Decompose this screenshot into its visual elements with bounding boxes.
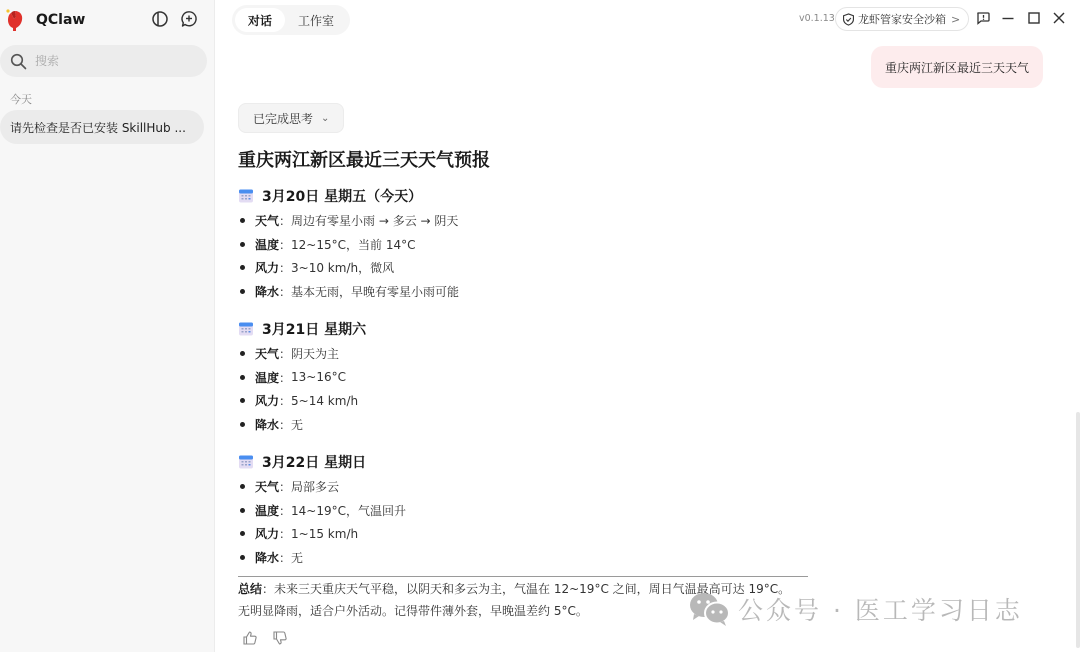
watermark-text: 公众号 · 医工学习日志	[738, 591, 1023, 627]
list-item: 降水：基本无雨，早晚有零星小雨可能	[238, 280, 459, 304]
list-item: 天气：局部多云	[238, 475, 406, 499]
list-item: 风力：3~10 km/h，微风	[238, 256, 459, 280]
list-item: 温度：14~19°C，气温回升	[238, 499, 406, 523]
qclaw-logo-icon	[4, 8, 26, 32]
feedback-actions	[242, 630, 288, 646]
day-heading: 3月22日 星期日	[238, 451, 406, 473]
list-item: 降水：无	[238, 413, 366, 437]
day-block: 3月22日 星期日 天气：局部多云 温度：14~19°C，气温回升 风力：1~1…	[238, 451, 406, 569]
calendar-icon	[238, 321, 254, 337]
list-item: 温度：12~15°C，当前 14°C	[238, 233, 459, 257]
list-item: 风力：1~15 km/h	[238, 522, 406, 546]
new-chat-icon[interactable]	[180, 10, 198, 28]
list-item: 温度：13~16°C	[238, 366, 366, 390]
toggle-sidebar-icon[interactable]	[151, 10, 169, 28]
sidebar: QClaw 今天 请先检查是否已安装 SkillHub ...	[0, 0, 215, 652]
day-heading-text: 3月20日 星期五（今天）	[262, 186, 422, 206]
summary-label: 总结	[238, 582, 262, 596]
day-heading: 3月20日 星期五（今天）	[238, 185, 459, 207]
list-item: 天气：周边有零星小雨 → 多云 → 阴天	[238, 209, 459, 233]
day-block: 3月20日 星期五（今天） 天气：周边有零星小雨 → 多云 → 阴天 温度：12…	[238, 185, 459, 303]
day-heading-text: 3月21日 星期六	[262, 319, 366, 339]
day-detail-list: 天气：周边有零星小雨 → 多云 → 阴天 温度：12~15°C，当前 14°C …	[238, 209, 459, 303]
watermark: 公众号 · 医工学习日志	[688, 590, 1023, 628]
thumbs-up-icon[interactable]	[242, 630, 258, 646]
day-heading-text: 3月22日 星期日	[262, 452, 366, 472]
search-box[interactable]	[0, 45, 207, 77]
day-detail-list: 天气：阴天为主 温度：13~16°C 风力：5~14 km/h 降水：无	[238, 342, 366, 436]
search-input[interactable]	[35, 54, 185, 68]
calendar-icon	[238, 188, 254, 204]
thumbs-down-icon[interactable]	[272, 630, 288, 646]
mode-tabs: 对话 工作室	[232, 5, 350, 35]
tab-chat[interactable]: 对话	[235, 8, 285, 32]
sandbox-label: 龙虾管家安全沙箱	[858, 11, 946, 27]
list-item: 风力：5~14 km/h	[238, 389, 366, 413]
version-label: v0.1.13	[799, 13, 835, 24]
brand: QClaw	[4, 8, 85, 32]
minimize-icon[interactable]	[1000, 10, 1016, 26]
close-icon[interactable]	[1051, 10, 1067, 26]
day-block: 3月21日 星期六 天气：阴天为主 温度：13~16°C 风力：5~14 km/…	[238, 318, 366, 436]
thinking-label: 已完成思考	[253, 110, 313, 127]
app-name: QClaw	[36, 12, 85, 28]
day-heading: 3月21日 星期六	[238, 318, 366, 340]
sandbox-button[interactable]: 龙虾管家安全沙箱 >	[835, 7, 969, 31]
history-section-today: 今天	[10, 91, 32, 107]
calendar-icon	[238, 454, 254, 470]
list-item: 降水：无	[238, 546, 406, 570]
chevron-down-icon: ⌄	[321, 113, 329, 124]
thinking-toggle[interactable]: 已完成思考 ⌄	[238, 103, 344, 133]
chat-scrollbar[interactable]	[1076, 412, 1080, 648]
search-icon	[10, 53, 27, 70]
user-message-bubble: 重庆两江新区最近三天天气	[871, 46, 1043, 88]
shield-check-icon	[842, 13, 855, 26]
answer-title: 重庆两江新区最近三天天气预报	[238, 146, 490, 172]
tab-studio[interactable]: 工作室	[285, 8, 347, 32]
wechat-icon	[688, 590, 732, 628]
day-detail-list: 天气：局部多云 温度：14~19°C，气温回升 风力：1~15 km/h 降水：…	[238, 475, 406, 569]
history-item[interactable]: 请先检查是否已安装 SkillHub ...	[0, 110, 204, 144]
list-item: 天气：阴天为主	[238, 342, 366, 366]
chevron-right-icon: >	[951, 13, 960, 26]
feedback-icon[interactable]	[975, 10, 991, 26]
divider	[238, 576, 808, 577]
maximize-icon[interactable]	[1026, 10, 1042, 26]
